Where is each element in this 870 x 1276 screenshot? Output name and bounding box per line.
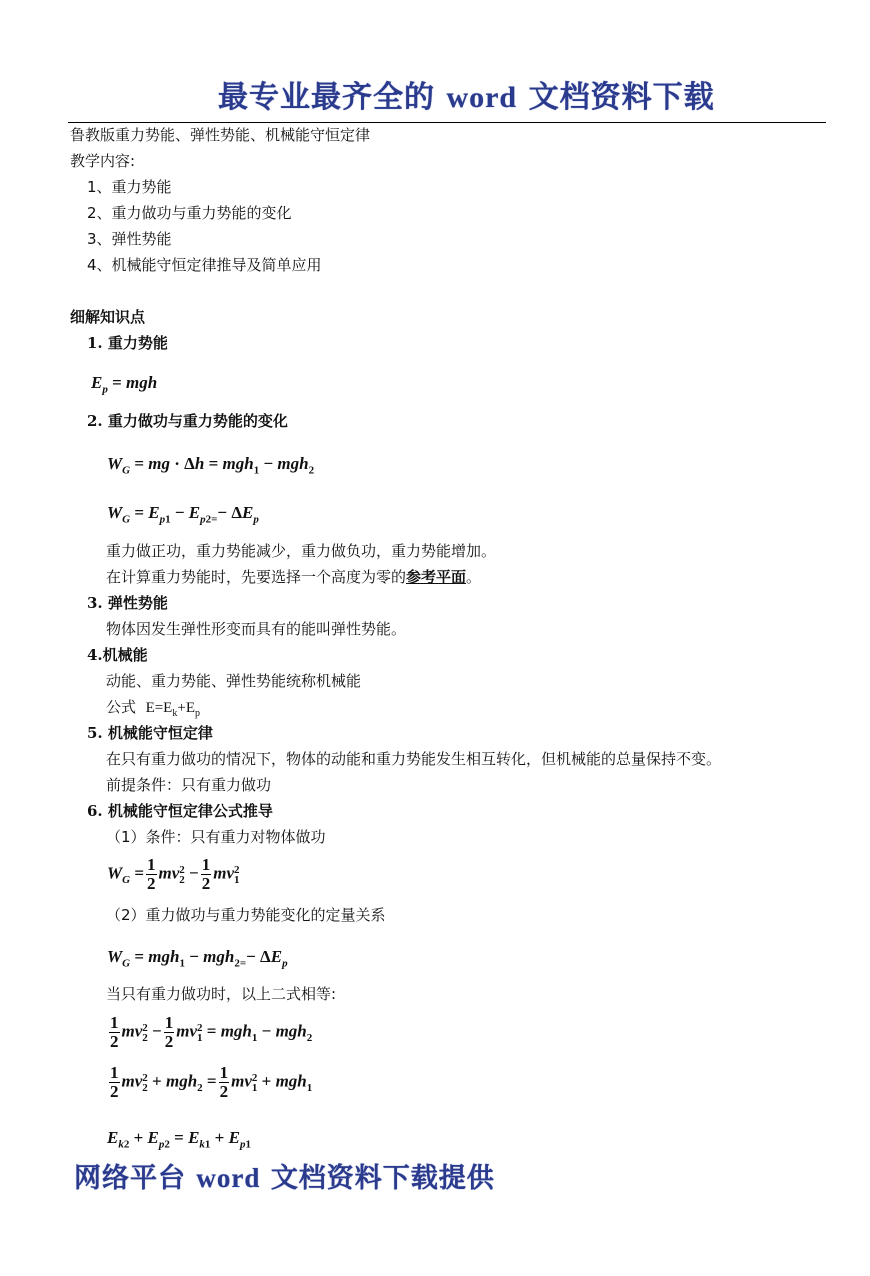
- formula-ep: Ep = mgh: [91, 372, 157, 400]
- s6-cond-1: （1）条件：只有重力对物体做功: [106, 827, 326, 847]
- contents-label: 教学内容:: [70, 151, 135, 171]
- formula-wg-1: WG = mg · Δh = mgh1 − mgh2: [107, 453, 314, 481]
- header-rule: [68, 122, 826, 123]
- doc-title: 鲁教版重力势能、弹性势能、机械能守恒定律: [70, 125, 370, 145]
- reference-plane-emphasis: 参考平面: [406, 568, 466, 586]
- header-banner-text-1: 最专业最齐全的: [218, 80, 435, 115]
- s2-line-2: 在计算重力势能时，先要选择一个高度为零的参考平面。: [106, 567, 481, 587]
- s4-formula: 公式 E=Ek+Ep: [106, 697, 200, 724]
- formula-equal-1: 12mv22 −12mv21 = mgh1 − mgh2: [107, 1014, 312, 1051]
- s2-line-2-end: 。: [466, 568, 481, 586]
- section-2-heading: 2. 重力做功与重力势能的变化: [87, 411, 288, 431]
- s5-line-2: 前提条件：只有重力做功: [106, 775, 271, 795]
- knowledge-heading: 细解知识点: [70, 307, 145, 327]
- contents-item: 3、弹性势能: [87, 229, 172, 249]
- contents-item: 4、机械能守恒定律推导及简单应用: [87, 255, 322, 275]
- s4-line-1: 动能、重力势能、弹性势能统称机械能: [106, 671, 361, 691]
- formula-label: 公式: [106, 698, 136, 716]
- footer-banner-text-2: 文档资料下载提供: [271, 1163, 495, 1194]
- s6-line-1: 当只有重力做功时，以上二式相等:: [106, 984, 336, 1004]
- footer-banner: 网络平台 word 文档资料下载提供: [74, 1160, 495, 1197]
- s6-cond-2: （2）重力做功与重力势能变化的定量关系: [106, 905, 386, 925]
- section-5-heading: 5. 机械能守恒定律: [87, 723, 213, 743]
- contents-item: 1、重力势能: [87, 177, 172, 197]
- s5-line-1: 在只有重力做功的情况下，物体的动能和重力势能发生相互转化，但机械能的总量保持不变…: [106, 749, 721, 769]
- section-4-heading: 4.机械能: [87, 645, 148, 665]
- header-banner-text-2: 文档资料下载: [529, 80, 715, 115]
- section-6-heading: 6. 机械能守恒定律公式推导: [87, 801, 273, 821]
- s2-line-1: 重力做正功，重力势能减少，重力做负功，重力势能增加。: [106, 541, 496, 561]
- formula-wg-2: WG = Ep1 − Ep2=− ΔEp: [107, 502, 259, 530]
- footer-banner-latin: word: [196, 1163, 260, 1193]
- contents-item: 2、重力做功与重力势能的变化: [87, 203, 292, 223]
- header-banner-latin: word: [446, 81, 517, 114]
- formula-wg-kinetic: WG =12mv22 −12mv21: [107, 856, 240, 893]
- formula-equal-2: 12mv22 + mgh2 =12mv21 + mgh1: [107, 1064, 312, 1101]
- s3-line-1: 物体因发生弹性形变而具有的能叫弹性势能。: [106, 619, 406, 639]
- formula-wg-potential: WG = mgh1 − mgh2=− ΔEp: [107, 946, 288, 974]
- s2-line-2-text: 在计算重力势能时，先要选择一个高度为零的: [106, 568, 406, 586]
- header-banner: 最专业最齐全的 word 文档资料下载: [218, 78, 715, 118]
- footer-banner-text-1: 网络平台: [74, 1163, 186, 1194]
- formula-energy-conservation: Ek2 + Ep2 = Ek1 + Ep1: [107, 1127, 251, 1155]
- section-3-heading: 3. 弹性势能: [87, 593, 168, 613]
- section-1-heading: 1. 重力势能: [87, 333, 168, 353]
